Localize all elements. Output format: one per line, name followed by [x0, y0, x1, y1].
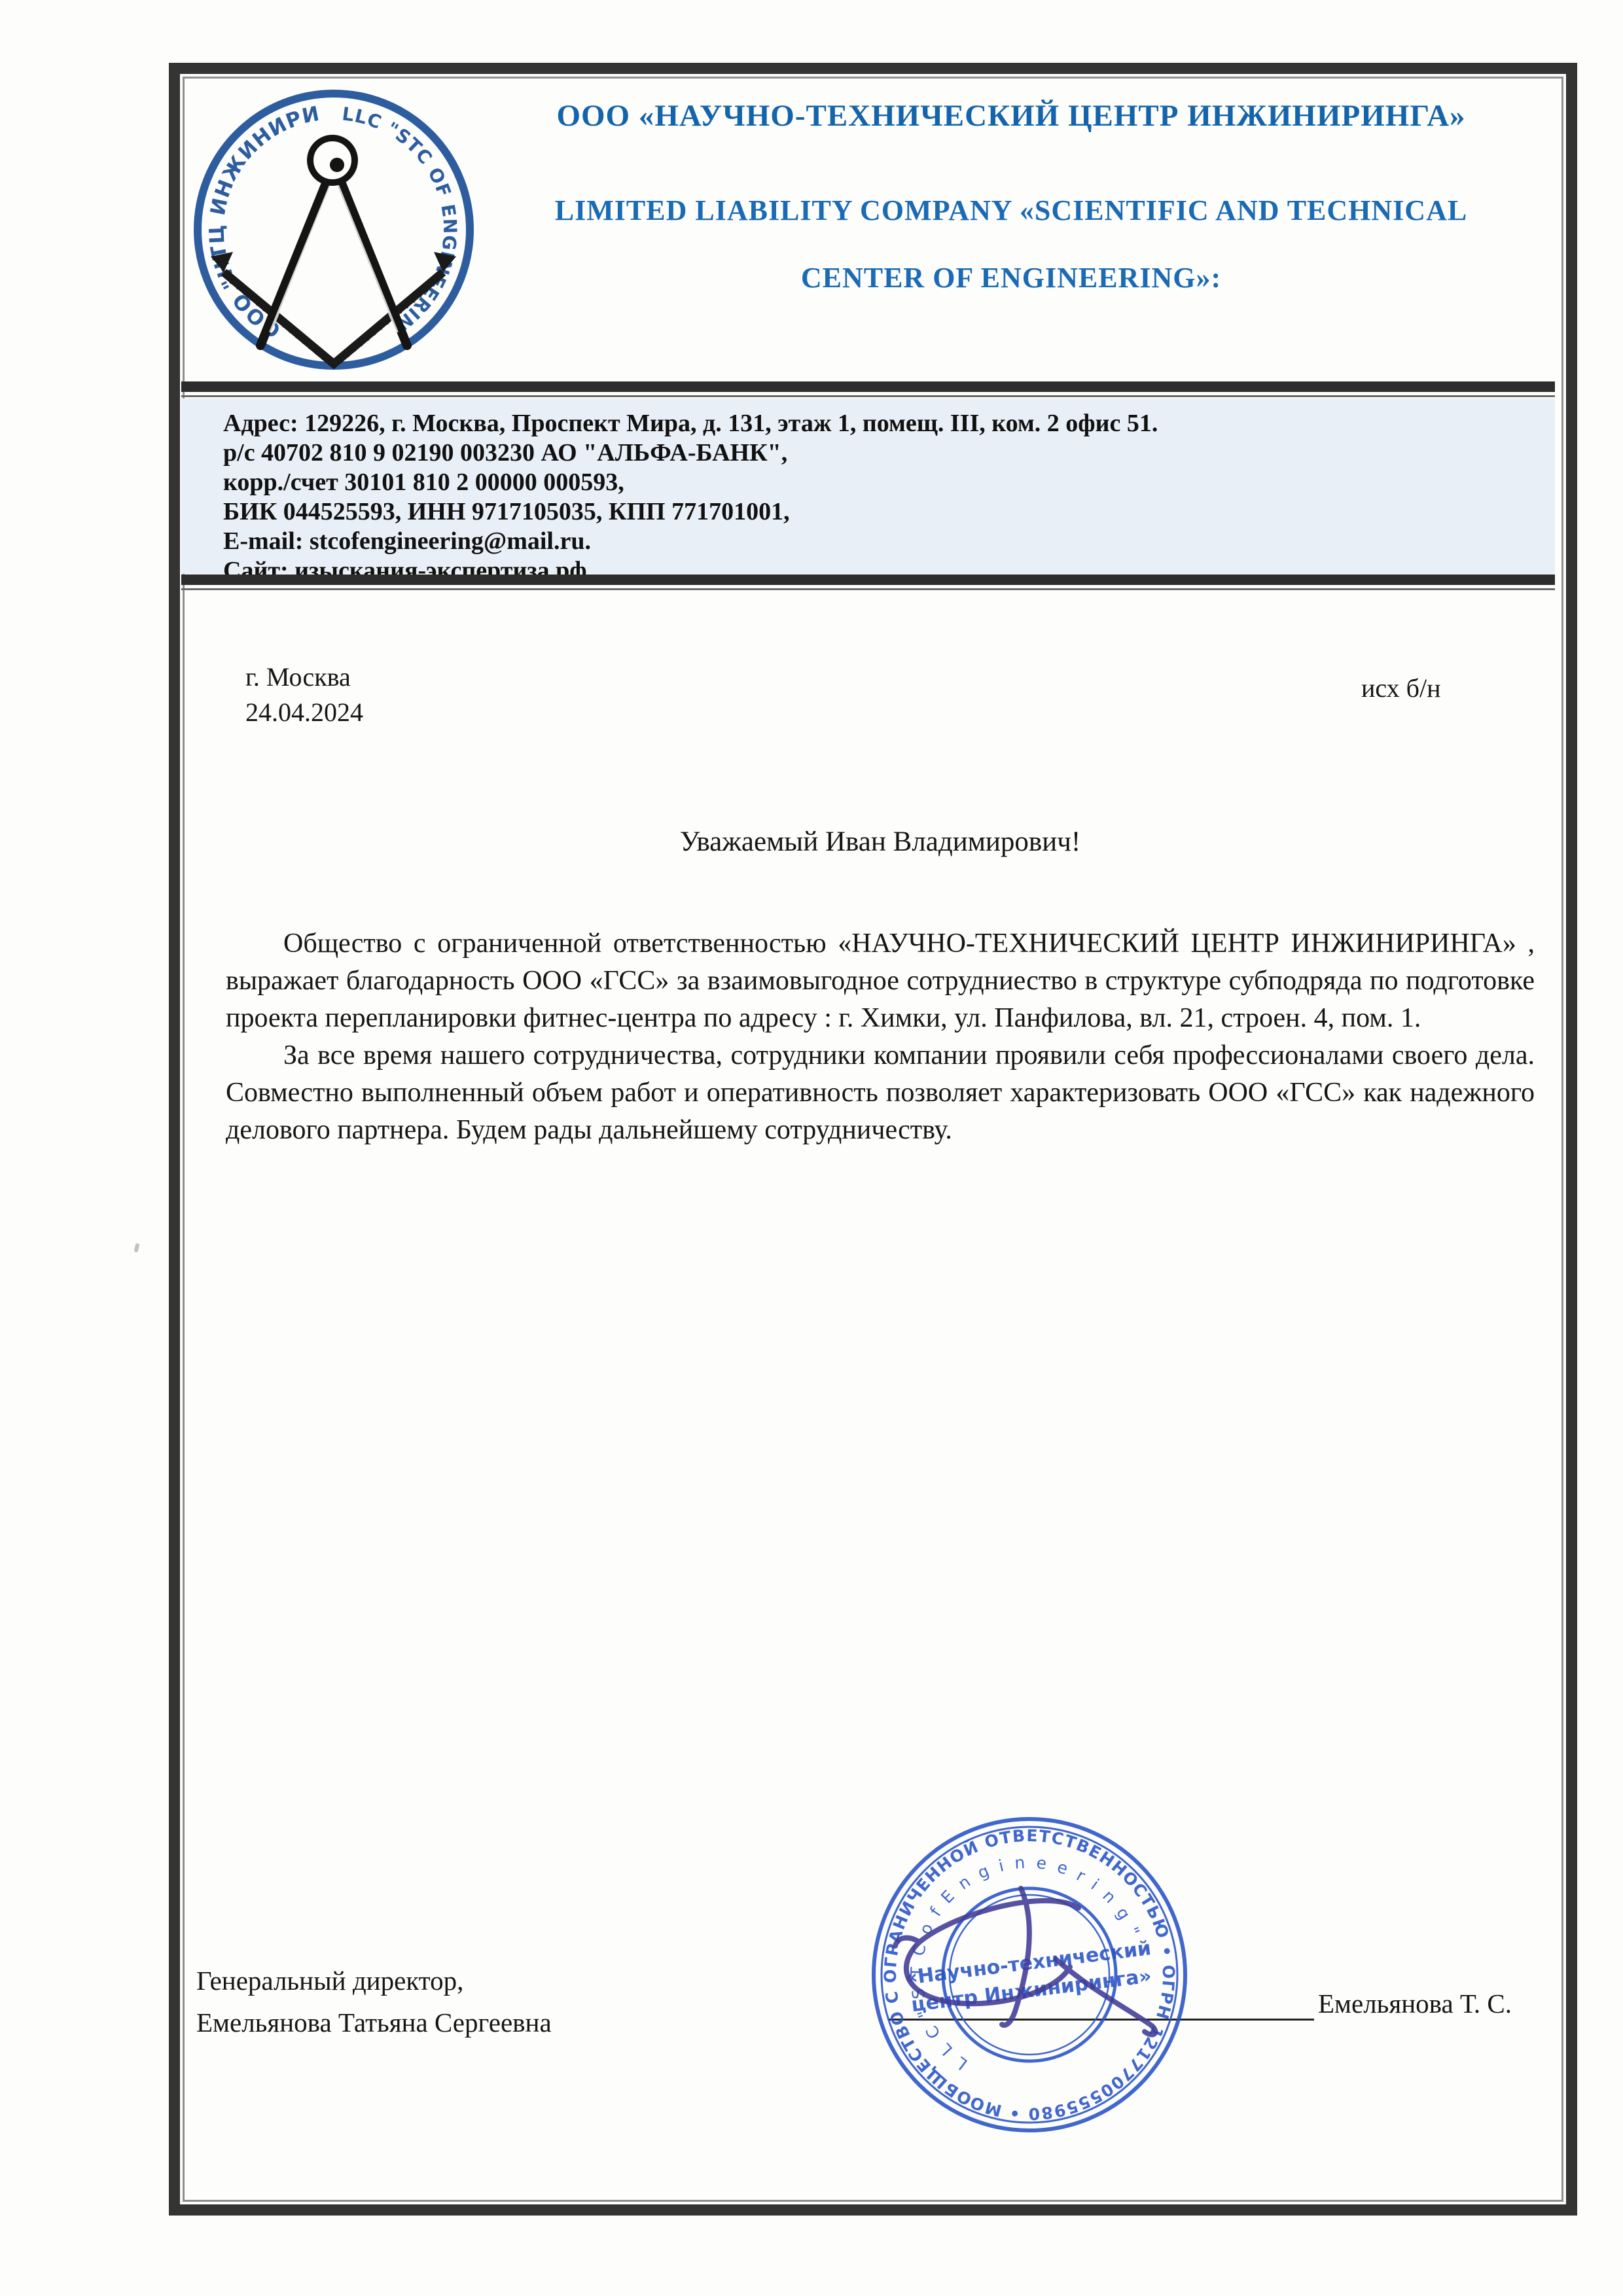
contact-line-address: Адрес: 129226, г. Москва, Проспект Мира,…	[223, 409, 1555, 438]
header-title-block: ООО «НАУЧНО-ТЕХНИЧЕСКИЙ ЦЕНТР ИНЖИНИРИНГ…	[458, 98, 1564, 294]
compass-icon	[260, 138, 407, 345]
company-logo: ООО "НТЦ ИНЖИНИРИНГА" LLC "STC OF ENGINE…	[188, 84, 480, 376]
letter-city: г. Москва	[245, 660, 363, 695]
outgoing-ref: исх б/н	[1361, 673, 1441, 703]
signatory-position: Генеральный директор,	[196, 1960, 552, 2002]
signatory-shortname: Емельянова Т. С.	[1318, 1988, 1512, 2019]
city-date-block: г. Москва 24.04.2024	[245, 660, 363, 730]
contact-line-email: E-mail: stcofengineering@mail.ru.	[223, 527, 1555, 556]
scanned-letter-page: ООО "НТЦ ИНЖИНИРИНГА" LLC "STC OF ENGINE…	[0, 0, 1623, 2296]
company-title-en-line2: CENTER OF ENGINEERING»:	[458, 261, 1564, 294]
company-round-stamp: ОБЩЕСТВО С ОГРАНИЧЕННОЙ ОТВЕТСТВЕННОСТЬЮ…	[859, 1805, 1200, 2145]
header-separator	[181, 381, 1555, 397]
contacts-block: Адрес: 129226, г. Москва, Проспект Мира,…	[181, 398, 1555, 574]
letter-date: 24.04.2024	[245, 695, 363, 730]
salutation: Уважаемый Иван Владимирович!	[226, 826, 1535, 858]
signatory-fullname: Емельянова Татьяна Сергеевна	[196, 2002, 552, 2043]
contact-line-corr: корр./счет 30101 810 2 00000 000593,	[223, 468, 1555, 497]
contacts-separator	[181, 574, 1555, 590]
body-paragraph-1: Общество с ограниченной ответственностью…	[226, 925, 1535, 1037]
scan-artifact	[134, 1243, 139, 1252]
contact-line-bik: БИК 044525593, ИНН 9717105035, КПП 77170…	[223, 497, 1555, 527]
company-title-en-line1: LIMITED LIABILITY COMPANY «SCIENTIFIC AN…	[458, 194, 1564, 227]
body-paragraph-2: За все время нашего сотрудничества, сотр…	[226, 1037, 1535, 1149]
company-title-ru: ООО «НАУЧНО-ТЕХНИЧЕСКИЙ ЦЕНТР ИНЖИНИРИНГ…	[458, 98, 1564, 133]
logo-ring	[198, 94, 470, 366]
contact-line-account: р/с 40702 810 9 02190 003230 АО "АЛЬФА-Б…	[223, 438, 1555, 468]
letter-body: Общество с ограниченной ответственностью…	[226, 925, 1535, 1149]
signatory-block: Генеральный директор, Емельянова Татьяна…	[196, 1960, 552, 2043]
